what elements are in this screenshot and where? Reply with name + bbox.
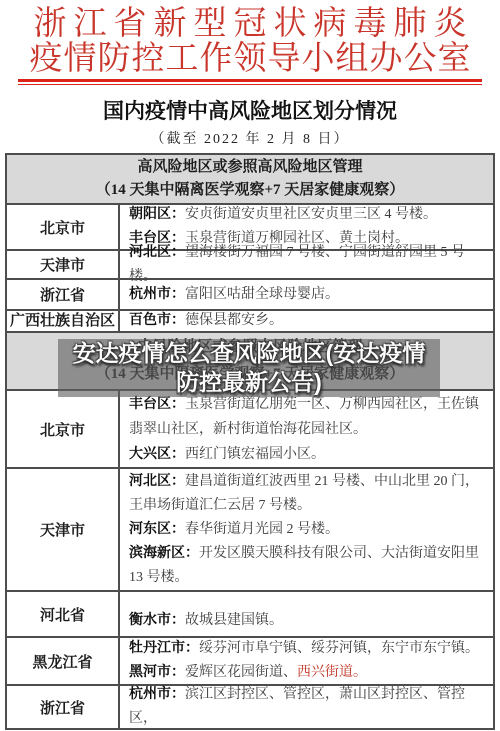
letterhead-line1: 浙江省新型冠状病毒肺炎 — [0, 7, 500, 42]
district-detail: 绥芬河市阜宁镇、绥芬河镇，东宁市东宁镇。 — [199, 641, 479, 656]
district-label: 杭州市： — [129, 687, 185, 702]
detail-cell: 百色市：德保县都安乡。 — [120, 311, 493, 331]
district-detail: 西红门镇宏福园小区。 — [185, 447, 325, 462]
section-header-line2: （14 天集中隔离医学观察+7 天居家健康观察） — [7, 179, 493, 202]
district-detail: 安贞街道安贞里社区安贞里三区 4 号楼。 — [185, 207, 437, 222]
district-label: 衡水市： — [129, 613, 185, 628]
district-detail: 德保县都安乡。 — [185, 313, 283, 328]
district-entry: 杭州市：富阳区咕甜全球母婴店。 — [129, 283, 489, 307]
district-label: 河北区： — [129, 245, 185, 260]
table-row: 天津市 河北区：建昌道街道红波西里 21 号楼、中山北里 20 门，王串场街道汇… — [7, 467, 493, 590]
district-label: 百色市： — [129, 313, 185, 328]
letterhead: 浙江省新型冠状病毒肺炎 疫情防控工作领导小组办公室 — [0, 0, 500, 77]
district-entry: 丰台区：玉泉营街道亿朋苑一区、万柳西园社区，王佐镇翡翠山社区，新村街道怡海花园社… — [129, 392, 489, 442]
province-cell: 浙江省 — [7, 686, 120, 728]
table-row: 河北省 衡水市：故城县建国镇。 — [7, 590, 493, 636]
watermark-caption-band: 安达疫情怎么查风险地区(安达疫情防控最新公告) — [58, 339, 440, 397]
detail-cell: 杭州市：滨江区封控区、管控区，萧山区封控区、管控区， — [120, 686, 493, 728]
district-detail-highlighted: 西兴街道。 — [297, 665, 367, 680]
section-header-line1: 高风险地区或参照高风险地区管理 — [7, 156, 493, 179]
date-line: （截至 2022 年 2 月 8 日） — [0, 131, 500, 149]
page-title: 国内疫情中高风险地区划分情况 — [0, 97, 500, 125]
province-cell: 河北省 — [7, 592, 120, 636]
district-entry: 大兴区：西红门镇宏福园小区。 — [129, 442, 489, 467]
letterhead-line2: 疫情防控工作领导小组办公室 — [0, 42, 500, 77]
detail-cell: 河北区：望海楼街万福园 7 号楼、宁园街道舒园里 5 号楼。 — [120, 251, 493, 278]
district-detail: 春华街道月光园 2 号楼。 — [185, 522, 339, 537]
district-detail: 富阳区咕甜全球母婴店。 — [185, 287, 339, 302]
district-label: 朝阳区： — [129, 207, 185, 222]
table-row: 天津市 河北区：望海楼街万福园 7 号楼、宁园街道舒园里 5 号楼。 — [7, 249, 493, 278]
province-cell: 广西壮族自治区 — [7, 311, 120, 331]
risk-area-table: 高风险地区或参照高风险地区管理 （14 天集中隔离医学观察+7 天居家健康观察）… — [5, 153, 495, 730]
district-entry: 河北区：建昌道街道红波西里 21 号楼、中山北里 20 门，王串场街道汇仁云居 … — [129, 470, 489, 518]
province-cell: 天津市 — [7, 251, 120, 278]
section-header-high-risk: 高风险地区或参照高风险地区管理 （14 天集中隔离医学观察+7 天居家健康观察） — [7, 155, 493, 203]
detail-cell: 牡丹江市：绥芬河市阜宁镇、绥芬河镇，东宁市东宁镇。 黑河市：爱辉区花园街道、西兴… — [120, 638, 493, 684]
district-entry: 朝阳区：安贞街道安贞里社区安贞里三区 4 号楼。 — [129, 203, 489, 227]
table-row: 浙江省 杭州市：富阳区咕甜全球母婴店。 — [7, 278, 493, 309]
district-label: 滨海新区： — [129, 546, 199, 561]
document-page: 浙江省新型冠状病毒肺炎 疫情防控工作领导小组办公室 国内疫情中高风险地区划分情况… — [0, 0, 500, 731]
red-divider-rule — [18, 79, 482, 85]
district-entry: 滨海新区：开发区膜天膜科技有限公司、大沽街道安阳里 13 号楼。 — [129, 542, 489, 590]
table-row: 浙江省 杭州市：滨江区封控区、管控区，萧山区封控区、管控区， — [7, 684, 493, 728]
detail-cell: 河北区：建昌道街道红波西里 21 号楼、中山北里 20 门，王串场街道汇仁云居 … — [120, 469, 493, 590]
district-label: 丰台区： — [129, 397, 185, 412]
district-label: 牡丹江市： — [129, 641, 199, 656]
district-entry: 牡丹江市：绥芬河市阜宁镇、绥芬河镇，东宁市东宁镇。 — [129, 637, 489, 661]
district-entry: 衡水市：故城县建国镇。 — [129, 609, 489, 633]
district-label: 杭州市： — [129, 287, 185, 302]
province-cell: 黑龙江省 — [7, 638, 120, 684]
detail-cell: 衡水市：故城县建国镇。 — [120, 592, 493, 636]
detail-cell: 杭州市：富阳区咕甜全球母婴店。 — [120, 280, 493, 309]
province-cell: 北京市 — [7, 205, 120, 249]
district-detail: 故城县建国镇。 — [185, 613, 283, 628]
table-row: 黑龙江省 牡丹江市：绥芬河市阜宁镇、绥芬河镇，东宁市东宁镇。 黑河市：爱辉区花园… — [7, 636, 493, 684]
district-detail: 爱辉区花园街道、 — [185, 665, 297, 680]
province-cell: 浙江省 — [7, 280, 120, 309]
table-row: 广西壮族自治区 百色市：德保县都安乡。 — [7, 309, 493, 331]
province-cell: 天津市 — [7, 469, 120, 590]
detail-cell: 丰台区：玉泉营街道亿朋苑一区、万柳西园社区，王佐镇翡翠山社区，新村街道怡海花园社… — [120, 391, 493, 467]
district-entry: 黑河市：爱辉区花园街道、西兴街道。 — [129, 661, 489, 685]
district-label: 黑河市： — [129, 665, 185, 680]
district-entry: 河东区：春华街道月光园 2 号楼。 — [129, 518, 489, 542]
district-label: 河东区： — [129, 522, 185, 537]
district-label: 大兴区： — [129, 447, 185, 462]
table-row: 北京市 丰台区：玉泉营街道亿朋苑一区、万柳西园社区，王佐镇翡翠山社区，新村街道怡… — [7, 389, 493, 467]
district-entry: 百色市：德保县都安乡。 — [129, 311, 489, 331]
watermark-caption-text: 安达疫情怎么查风险地区(安达疫情防控最新公告) — [65, 339, 433, 397]
district-entry: 杭州市：滨江区封控区、管控区，萧山区封控区、管控区， — [129, 683, 489, 731]
district-label: 河北区： — [129, 474, 185, 489]
province-cell: 北京市 — [7, 391, 120, 467]
